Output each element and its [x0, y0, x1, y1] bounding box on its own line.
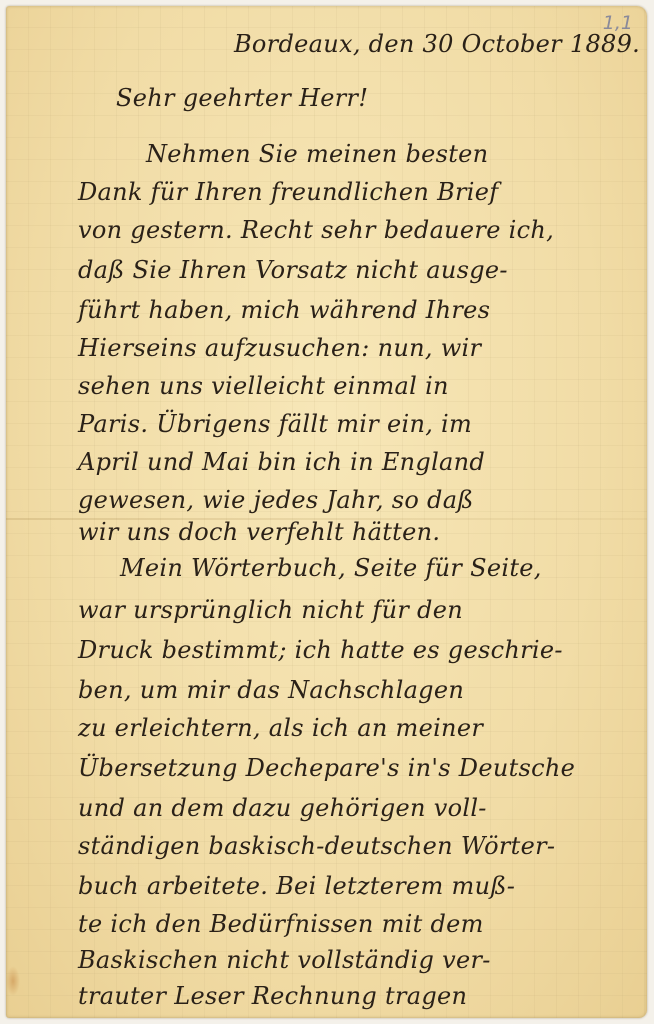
paper-stain: [6, 966, 20, 996]
letter-page: 1,1 Bordeaux, den 30 October 1889. Sehr …: [6, 6, 647, 1018]
text-line: sehen uns vielleicht einmal in: [78, 372, 449, 400]
text-line: Nehmen Sie meinen besten: [146, 140, 488, 168]
text-line: trauter Leser Rechnung tragen: [78, 982, 467, 1010]
text-line: Baskischen nicht vollständig ver-: [78, 946, 491, 974]
text-line: zu erleichtern, als ich an meiner: [78, 714, 483, 742]
place-date-line: Bordeaux, den 30 October 1889.: [234, 30, 640, 58]
text-line: Dank für Ihren freundlichen Brief: [78, 178, 498, 206]
text-line: buch arbeitete. Bei letzterem muß-: [78, 872, 515, 900]
text-line: Mein Wörterbuch, Seite für Seite,: [120, 554, 542, 582]
text-line: und an dem dazu gehörigen voll-: [78, 794, 487, 822]
text-line: wir uns doch verfehlt hätten.: [78, 518, 440, 546]
text-line: Druck bestimmt; ich hatte es geschrie-: [78, 636, 563, 664]
text-line: te ich den Bedürfnissen mit dem: [78, 910, 484, 938]
text-line: führt haben, mich während Ihres: [78, 296, 490, 324]
text-line: ben, um mir das Nachschlagen: [78, 676, 464, 704]
text-line: von gestern. Recht sehr bedauere ich,: [78, 216, 554, 244]
text-line: Paris. Übrigens fällt mir ein, im: [78, 410, 472, 438]
text-line: gewesen, wie jedes Jahr, so daß: [78, 486, 474, 514]
text-line: Übersetzung Dechepare's in's Deutsche: [78, 754, 575, 782]
text-line: war ursprünglich nicht für den: [78, 596, 463, 624]
text-line: April und Mai bin ich in England: [78, 448, 485, 476]
text-line: ständigen baskisch-deutschen Wörter-: [78, 832, 555, 860]
text-line: Hierseins aufzusuchen: nun, wir: [78, 334, 481, 362]
text-line: daß Sie Ihren Vorsatz nicht ausge-: [78, 256, 508, 284]
salutation: Sehr geehrter Herr!: [116, 84, 368, 112]
